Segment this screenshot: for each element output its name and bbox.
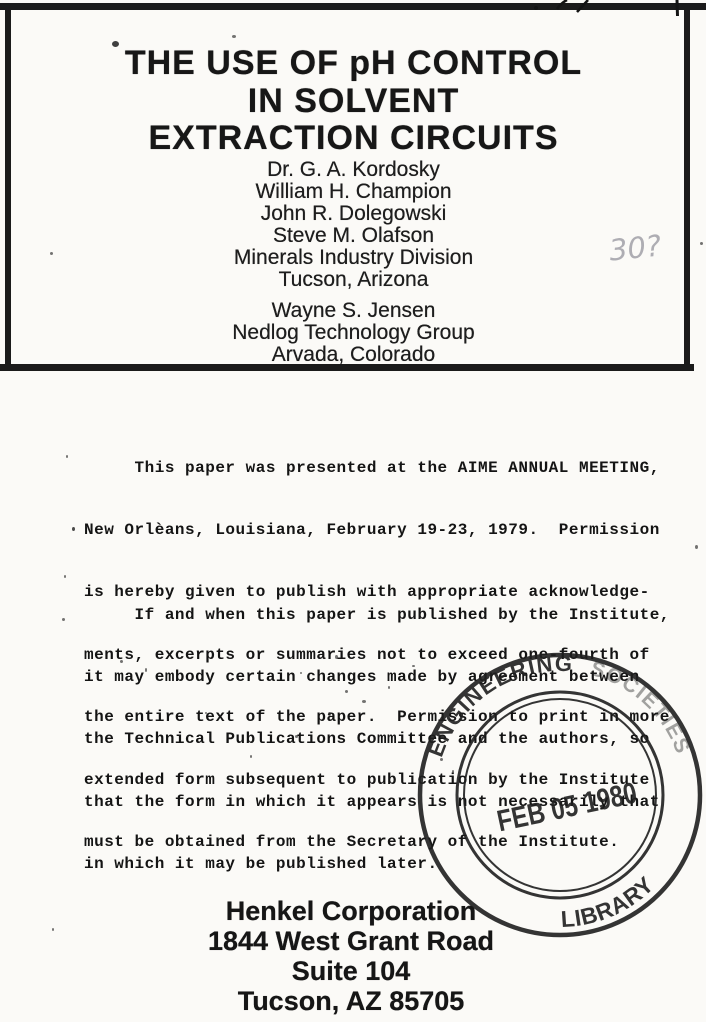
author-line: John R. Dolegowski <box>11 203 696 225</box>
scan-speck <box>328 712 331 716</box>
scan-speck <box>452 770 454 773</box>
author-affiliation: Nedlog Technology Group <box>11 322 696 344</box>
address-city: Tucson, AZ 85705 <box>0 986 702 1016</box>
scan-speck <box>440 758 443 761</box>
author-affiliation: Minerals Industry Division <box>11 247 696 269</box>
author-line: Wayne S. Jensen <box>11 300 696 322</box>
title-line: THE USE OF pH CONTROL <box>11 45 696 83</box>
author-line: Dr. G. A. Kordosky <box>11 159 696 181</box>
address-suite: Suite 104 <box>0 956 702 986</box>
scan-speck <box>62 618 65 621</box>
scan-speck <box>120 660 123 663</box>
stamp-date: FEB 05 1980 <box>494 777 640 839</box>
scan-speck <box>412 665 415 667</box>
scan-speck <box>700 242 703 245</box>
author-location: Arvada, Colorado <box>11 344 696 366</box>
scan-speck <box>232 35 236 38</box>
notice-line: New Orlèans, Louisiana, February 19-23, … <box>84 520 670 541</box>
notice-line: If and when this paper is published by t… <box>84 605 670 626</box>
scan-speck <box>145 668 147 672</box>
scan-speck <box>345 690 348 693</box>
handwriting-fragment-icon <box>0 0 706 24</box>
notice-line: This paper was presented at the AIME ANN… <box>84 458 670 479</box>
scan-speck <box>66 455 68 458</box>
scan-speck <box>250 755 252 758</box>
scanned-document-page: THE USE OF pH CONTROL IN SOLVENT EXTRACT… <box>0 0 706 1022</box>
scan-speck <box>388 686 390 689</box>
author-block: Dr. G. A. Kordosky William H. Champion J… <box>11 159 696 366</box>
scan-speck <box>300 672 302 674</box>
handwritten-pencil-note: 30? <box>607 228 663 267</box>
title-line: IN SOLVENT <box>11 83 696 121</box>
scan-speck <box>64 575 66 578</box>
author-line: William H. Champion <box>11 181 696 203</box>
scan-speck <box>72 527 75 531</box>
stamp-arc-text-left: ENGINEERING <box>423 651 574 760</box>
scan-speck <box>295 735 298 738</box>
scan-speck <box>52 928 54 931</box>
scan-speck <box>50 252 53 255</box>
title-box: THE USE OF pH CONTROL IN SOLVENT EXTRACT… <box>5 3 690 371</box>
scan-speck <box>112 41 119 47</box>
scan-speck <box>362 700 366 703</box>
title-line: EXTRACTION CIRCUITS <box>11 120 696 158</box>
scan-speck <box>335 655 338 659</box>
svg-text:ENGINEERING: ENGINEERING <box>423 651 574 760</box>
scan-speck <box>695 545 698 549</box>
svg-text:LIBRARY: LIBRARY <box>560 871 659 932</box>
stamp-arc-text-bottom: LIBRARY <box>560 871 659 932</box>
author-location: Tucson, Arizona <box>11 269 696 291</box>
library-stamp-icon: ENGINEERING SOCIETIES LIBRARY FEB 05 198… <box>410 645 706 945</box>
scan-speck <box>205 712 207 714</box>
paper-title: THE USE OF pH CONTROL IN SOLVENT EXTRACT… <box>11 45 696 158</box>
author-line: Steve M. Olafson <box>11 225 696 247</box>
